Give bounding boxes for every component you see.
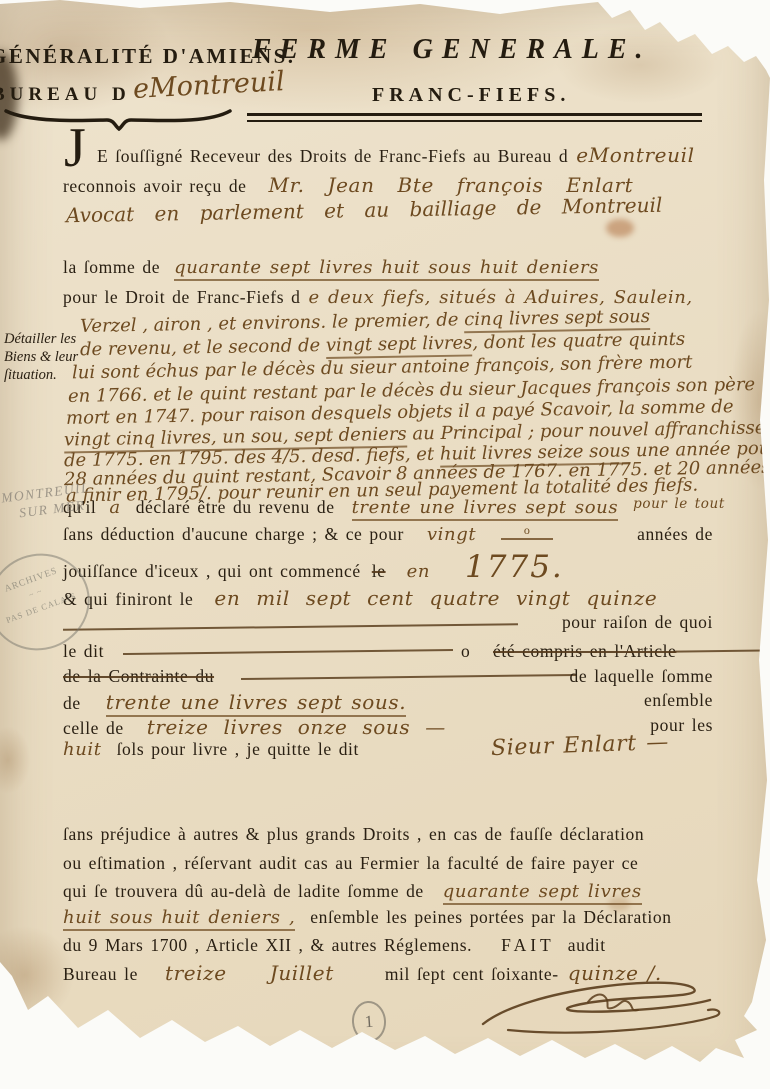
printed-line-24: huit ſols pour livre , je quitte le dit …	[63, 739, 713, 760]
receiver-signature-flourish	[468, 972, 733, 1050]
margin-note: Détailler les Biens & leur ſituation.	[4, 330, 82, 384]
handwritten-sum-total: quarante sept livres huit sous huit deni…	[174, 257, 599, 281]
header-bureau-label: BUREAU D	[0, 84, 131, 106]
handwritten-sum-penalty-1: quarante sept livres	[443, 881, 642, 905]
page-number-mark: 1	[351, 1000, 388, 1043]
printed-line-5: pour le Droit de Franc-Fiefs de deux fie…	[63, 287, 713, 308]
printed-line-18: & qui finiront le en mil sept cent quatr…	[63, 586, 713, 610]
handwritten-flourish: o	[501, 523, 553, 540]
handwritten-fiefs-location: e deux fiefs, situés à Aduires, Saulein,	[308, 287, 692, 308]
printed-line-29: du 9 Mars 1700 , Article XII , & autres …	[63, 935, 713, 956]
handwritten-sols-sum: treize livres onze sous —	[147, 715, 446, 739]
handwritten-years: vingt	[427, 524, 476, 545]
handwritten-sum-penalty-2: huit sous huit deniers ,	[63, 907, 295, 931]
blank-fill-stroke	[123, 649, 453, 655]
handwritten-line-3: Avocat en parlement et au bailliage de M…	[66, 193, 663, 227]
handwritten-revenue: trente une livres sept sous	[352, 497, 619, 521]
handwritten-day-month: treize Juillet	[165, 961, 334, 985]
signature-enlart: Sieur Enlart —	[491, 730, 670, 761]
printed-line-4: la ſomme dequarante sept livres huit sou…	[63, 257, 713, 278]
blank-fill-stroke	[241, 674, 576, 680]
printed-line-17: jouiſſance d'iceux , qui ont commencé le…	[63, 549, 713, 585]
printed-line-21: de la Contrainte du de laquelle ſomme	[63, 666, 713, 687]
brace-ornament	[2, 107, 234, 131]
handwritten-sum-repeat: trente une livres sept sous.	[106, 690, 407, 717]
scanned-document: GÉNÉRALITÉ D'AMIENS. FERME GENERALE. BUR…	[0, 0, 770, 1089]
printed-line-28: huit sous huit deniers , enſemble les pe…	[63, 907, 713, 928]
printed-line-1: E ſouſſigné Receveur des Droits de Franc…	[97, 143, 747, 167]
stain-rust-dot	[606, 219, 634, 237]
printed-line-15: qu'il a déclaré être du revenu de trente…	[63, 497, 713, 518]
handwritten-end-date: en mil sept cent quatre vingt quinze	[214, 586, 657, 610]
printed-line-16: ſans déduction d'aucune charge ; & ce po…	[63, 524, 713, 546]
printed-line-25: ſans préjudice à autres & plus grands Dr…	[63, 824, 713, 845]
header-franc-fiefs: FRANC-FIEFS.	[372, 84, 570, 107]
printed-line-22: de trente une livres sept sous. enſemble	[63, 690, 713, 714]
strike-extension	[675, 649, 770, 652]
printed-line-26: ou eſtimation , réſervant audit cas au F…	[63, 853, 713, 874]
header-ferme-generale: FERME GENERALE.	[252, 34, 652, 66]
paper-sheet: GÉNÉRALITÉ D'AMIENS. FERME GENERALE. BUR…	[0, 0, 770, 1089]
printed-line-20: le dit o été compris en l'Article	[63, 641, 713, 662]
drop-cap: J	[64, 120, 86, 176]
blank-fill-stroke	[63, 623, 518, 631]
handwritten-year-1775: 1775.	[465, 549, 564, 585]
double-rule	[247, 113, 702, 122]
printed-line-27: qui ſe trouvera dû au-delà de ladite ſom…	[63, 881, 713, 902]
handwritten-bureau: eMontreuil	[576, 143, 694, 167]
header-bureau-entry-handwritten: eMontreuil	[132, 66, 285, 105]
